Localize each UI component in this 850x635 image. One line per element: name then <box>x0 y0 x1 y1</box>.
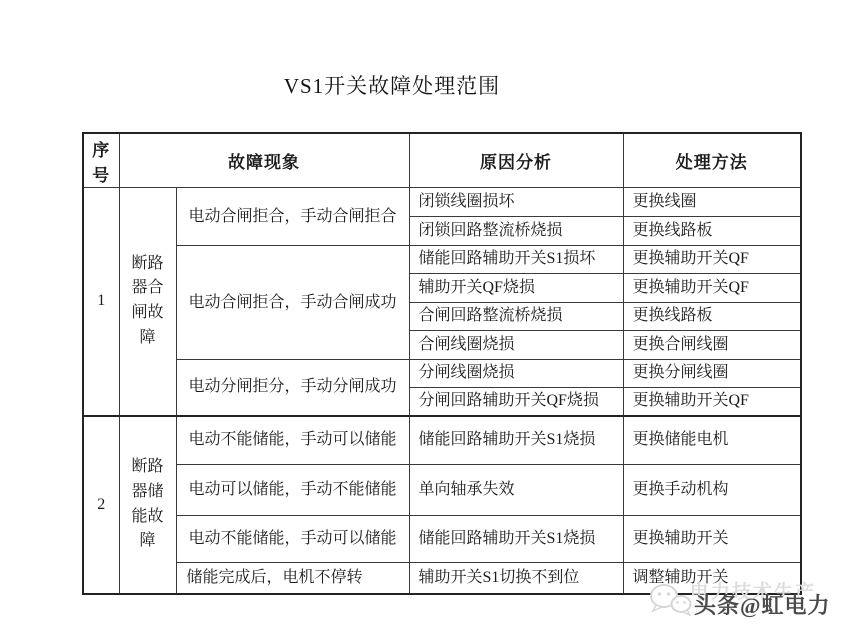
table-row: 电动可以储能，手动不能储能 单向轴承失效 更换手动机构 <box>83 465 801 516</box>
cell-cause: 分闸线圈烧损 <box>409 360 623 388</box>
cell-remedy: 更换储能电机 <box>623 416 801 465</box>
header-fault-phenomenon: 故障现象 <box>119 133 409 188</box>
table-row: 1 断路器合闸故障 电动合闸拒合，手动合闸拒合 闭锁线圈损坏 更换线圈 <box>83 188 801 217</box>
cell-cause: 合闸回路整流桥烧损 <box>409 303 623 331</box>
cell-phenomenon: 电动可以储能，手动不能储能 <box>176 465 409 516</box>
section-category-label: 断路器合闸故障 <box>130 252 165 351</box>
cell-remedy: 更换辅助开关 <box>623 516 801 563</box>
cell-remedy: 更换线路板 <box>623 303 801 331</box>
fault-table-container: 序号 故障现象 原因分析 处理方法 1 断路器合闸故障 电动合闸拒合，手动合闸拒… <box>82 132 802 595</box>
cell-cause: 闭锁回路整流桥烧损 <box>409 217 623 246</box>
header-cause-analysis: 原因分析 <box>409 133 623 188</box>
cell-remedy: 更换辅助开关QF <box>623 388 801 416</box>
section-category: 断路器储能故障 <box>119 416 176 594</box>
watermark-text: 头条@虹电力 <box>694 589 830 620</box>
table-row: 电动合闸拒合，手动合闸成功 储能回路辅助开关S1损坏 更换辅助开关QF <box>83 246 801 274</box>
cell-remedy: 更换线圈 <box>623 188 801 217</box>
section-category-label: 断路器储能故障 <box>130 455 165 554</box>
section-category: 断路器合闸故障 <box>119 188 176 416</box>
table-row: 2 断路器储能故障 电动不能储能，手动可以储能 储能回路辅助开关S1烧损 更换储… <box>83 416 801 465</box>
cell-cause: 单向轴承失效 <box>409 465 623 516</box>
cell-phenomenon: 电动不能储能，手动可以储能 <box>176 416 409 465</box>
header-handling-method: 处理方法 <box>623 133 801 188</box>
watermark: 电力技术生产 头条@虹电力 <box>648 580 848 630</box>
header-serial-number: 序号 <box>83 133 119 188</box>
cell-cause: 储能回路辅助开关S1烧损 <box>409 416 623 465</box>
cell-cause: 辅助开关QF烧损 <box>409 274 623 303</box>
cell-remedy: 更换合闸线圈 <box>623 331 801 360</box>
cell-remedy: 更换辅助开关QF <box>623 246 801 274</box>
cell-remedy: 更换手动机构 <box>623 465 801 516</box>
section-number: 1 <box>83 188 119 416</box>
cell-cause: 闭锁线圈损坏 <box>409 188 623 217</box>
table-row: 电动不能储能，手动可以储能 储能回路辅助开关S1烧损 更换辅助开关 <box>83 516 801 563</box>
page-title: VS1开关故障处理范围 <box>0 70 784 100</box>
cell-phenomenon: 电动合闸拒合，手动合闸成功 <box>176 246 409 360</box>
cell-cause: 分闸回路辅助开关QF烧损 <box>409 388 623 416</box>
fault-table: 序号 故障现象 原因分析 处理方法 1 断路器合闸故障 电动合闸拒合，手动合闸拒… <box>82 132 802 595</box>
cell-cause: 辅助开关S1切换不到位 <box>409 563 623 594</box>
cell-remedy: 更换辅助开关QF <box>623 274 801 303</box>
cell-remedy: 更换分闸线圈 <box>623 360 801 388</box>
cell-phenomenon: 储能完成后，电机不停转 <box>176 563 409 594</box>
cell-cause: 合闸线圈烧损 <box>409 331 623 360</box>
cell-phenomenon: 电动合闸拒合，手动合闸拒合 <box>176 188 409 246</box>
cell-phenomenon: 电动不能储能，手动可以储能 <box>176 516 409 563</box>
cell-phenomenon: 电动分闸拒分，手动分闸成功 <box>176 360 409 416</box>
table-row: 电动分闸拒分，手动分闸成功 分闸线圈烧损 更换分闸线圈 <box>83 360 801 388</box>
section-number: 2 <box>83 416 119 594</box>
chat-bubbles-icon <box>648 582 694 618</box>
cell-cause: 储能回路辅助开关S1烧损 <box>409 516 623 563</box>
cell-cause: 储能回路辅助开关S1损坏 <box>409 246 623 274</box>
cell-remedy: 更换线路板 <box>623 217 801 246</box>
